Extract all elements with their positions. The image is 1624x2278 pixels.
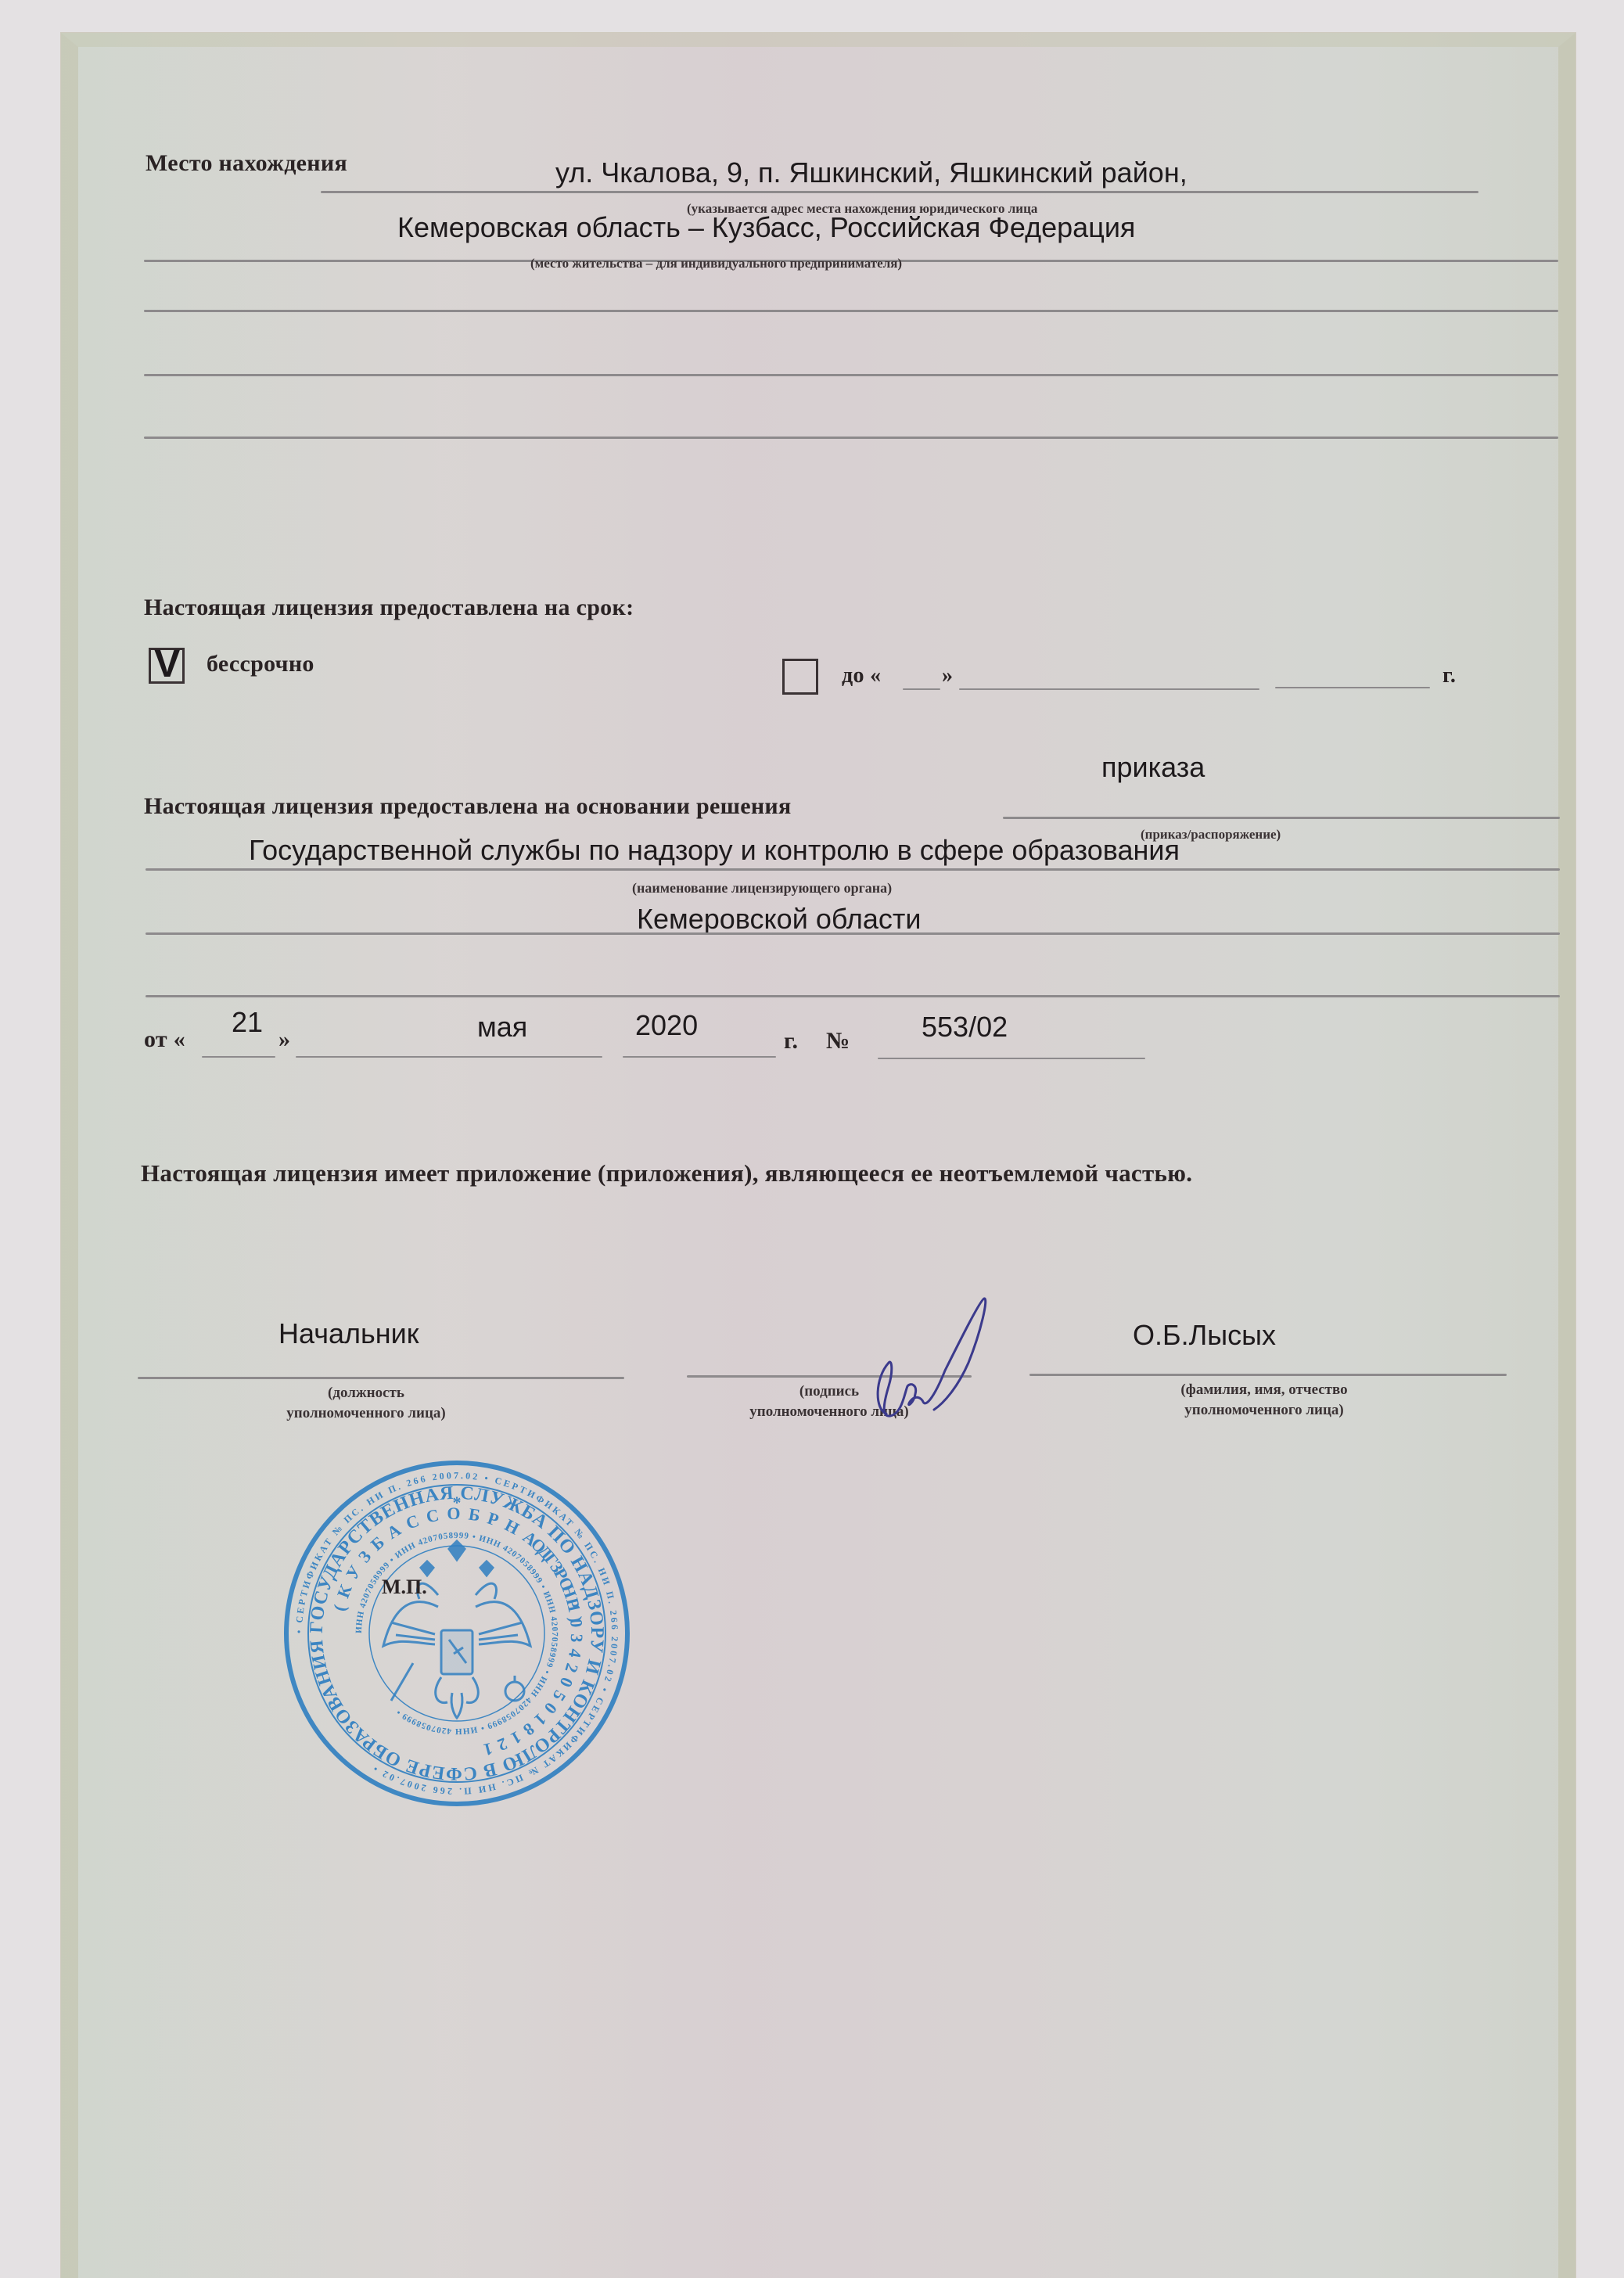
authority-line-2: Кемеровской области bbox=[637, 903, 921, 936]
license-page: Место нахождения ул. Чкалова, 9, п. Яшки… bbox=[61, 33, 1575, 2278]
address-line-2: Кемеровская область – Кузбасс, Российска… bbox=[397, 211, 1135, 244]
name-rule bbox=[1029, 1374, 1507, 1376]
until-month-rule bbox=[959, 688, 1259, 690]
decision-day: 21 bbox=[232, 1006, 263, 1039]
date-quote-close: » bbox=[278, 1026, 290, 1053]
checkbox-until-date[interactable] bbox=[782, 659, 818, 695]
stamp-place-label: М.П. bbox=[382, 1576, 427, 1599]
hint-individual: (место жительства – для индивидуального … bbox=[530, 253, 902, 274]
month-rule bbox=[296, 1056, 602, 1058]
option-unlimited-label: бессрочно bbox=[207, 651, 314, 677]
blank-rule-3 bbox=[144, 437, 1558, 439]
decision-month: мая bbox=[477, 1011, 527, 1044]
signatory-name: О.Б.Лысых bbox=[1133, 1319, 1276, 1352]
decision-year: 2020 bbox=[635, 1009, 698, 1042]
decision-number: 553/02 bbox=[922, 1011, 1008, 1044]
until-year-rule bbox=[1275, 687, 1430, 688]
until-year-suffix: г. bbox=[1443, 663, 1456, 688]
day-rule bbox=[202, 1056, 275, 1058]
year-suffix: г. bbox=[784, 1028, 798, 1055]
appendix-note: Настоящая лицензия имеет приложение (при… bbox=[141, 1159, 1192, 1188]
svg-text:*: * bbox=[453, 1493, 462, 1512]
location-label: Место нахождения bbox=[146, 150, 347, 177]
until-day-rule bbox=[903, 688, 940, 690]
position-hint: (должность уполномоченного лица) bbox=[233, 1383, 499, 1424]
checkbox-unlimited[interactable]: V bbox=[149, 648, 185, 684]
number-rule bbox=[878, 1058, 1145, 1059]
authority-line-2-rule bbox=[146, 932, 1560, 935]
handwritten-signature bbox=[843, 1285, 1078, 1441]
blank-rule-4 bbox=[146, 995, 1560, 997]
term-label: Настоящая лицензия предоставлена на срок… bbox=[144, 595, 634, 621]
basis-label: Настоящая лицензия предоставлена на осно… bbox=[144, 793, 792, 820]
position-rule bbox=[138, 1377, 624, 1379]
until-quote-close: » bbox=[942, 663, 953, 688]
number-label: № bbox=[826, 1028, 850, 1055]
authority-line-1-rule bbox=[146, 868, 1560, 871]
decision-type-value: приказа bbox=[1101, 751, 1205, 784]
hint-authority: (наименование лицензирующего органа) bbox=[632, 878, 892, 898]
official-seal-stamp: • СЕРТИФИКАТ № ПС. НИ П. 266 2007.02 • С… bbox=[282, 1458, 632, 1809]
date-prefix: от « bbox=[144, 1026, 185, 1053]
authority-line-1: Государственной службы по надзору и конт… bbox=[249, 834, 1180, 867]
signatory-position: Начальник bbox=[278, 1317, 419, 1350]
coat-of-arms-icon bbox=[383, 1541, 530, 1718]
blank-rule-1 bbox=[144, 310, 1558, 312]
decision-type-rule bbox=[1003, 817, 1560, 819]
year-rule bbox=[623, 1056, 776, 1058]
blank-rule-2 bbox=[144, 374, 1558, 376]
address-line-1: ул. Чкалова, 9, п. Яшкинский, Яшкинский … bbox=[555, 156, 1187, 189]
until-prefix: до « bbox=[842, 663, 881, 688]
check-mark-icon: V bbox=[154, 641, 180, 686]
name-hint: (фамилия, имя, отчество уполномоченного … bbox=[1100, 1380, 1428, 1421]
address-line-1-rule bbox=[321, 191, 1478, 193]
